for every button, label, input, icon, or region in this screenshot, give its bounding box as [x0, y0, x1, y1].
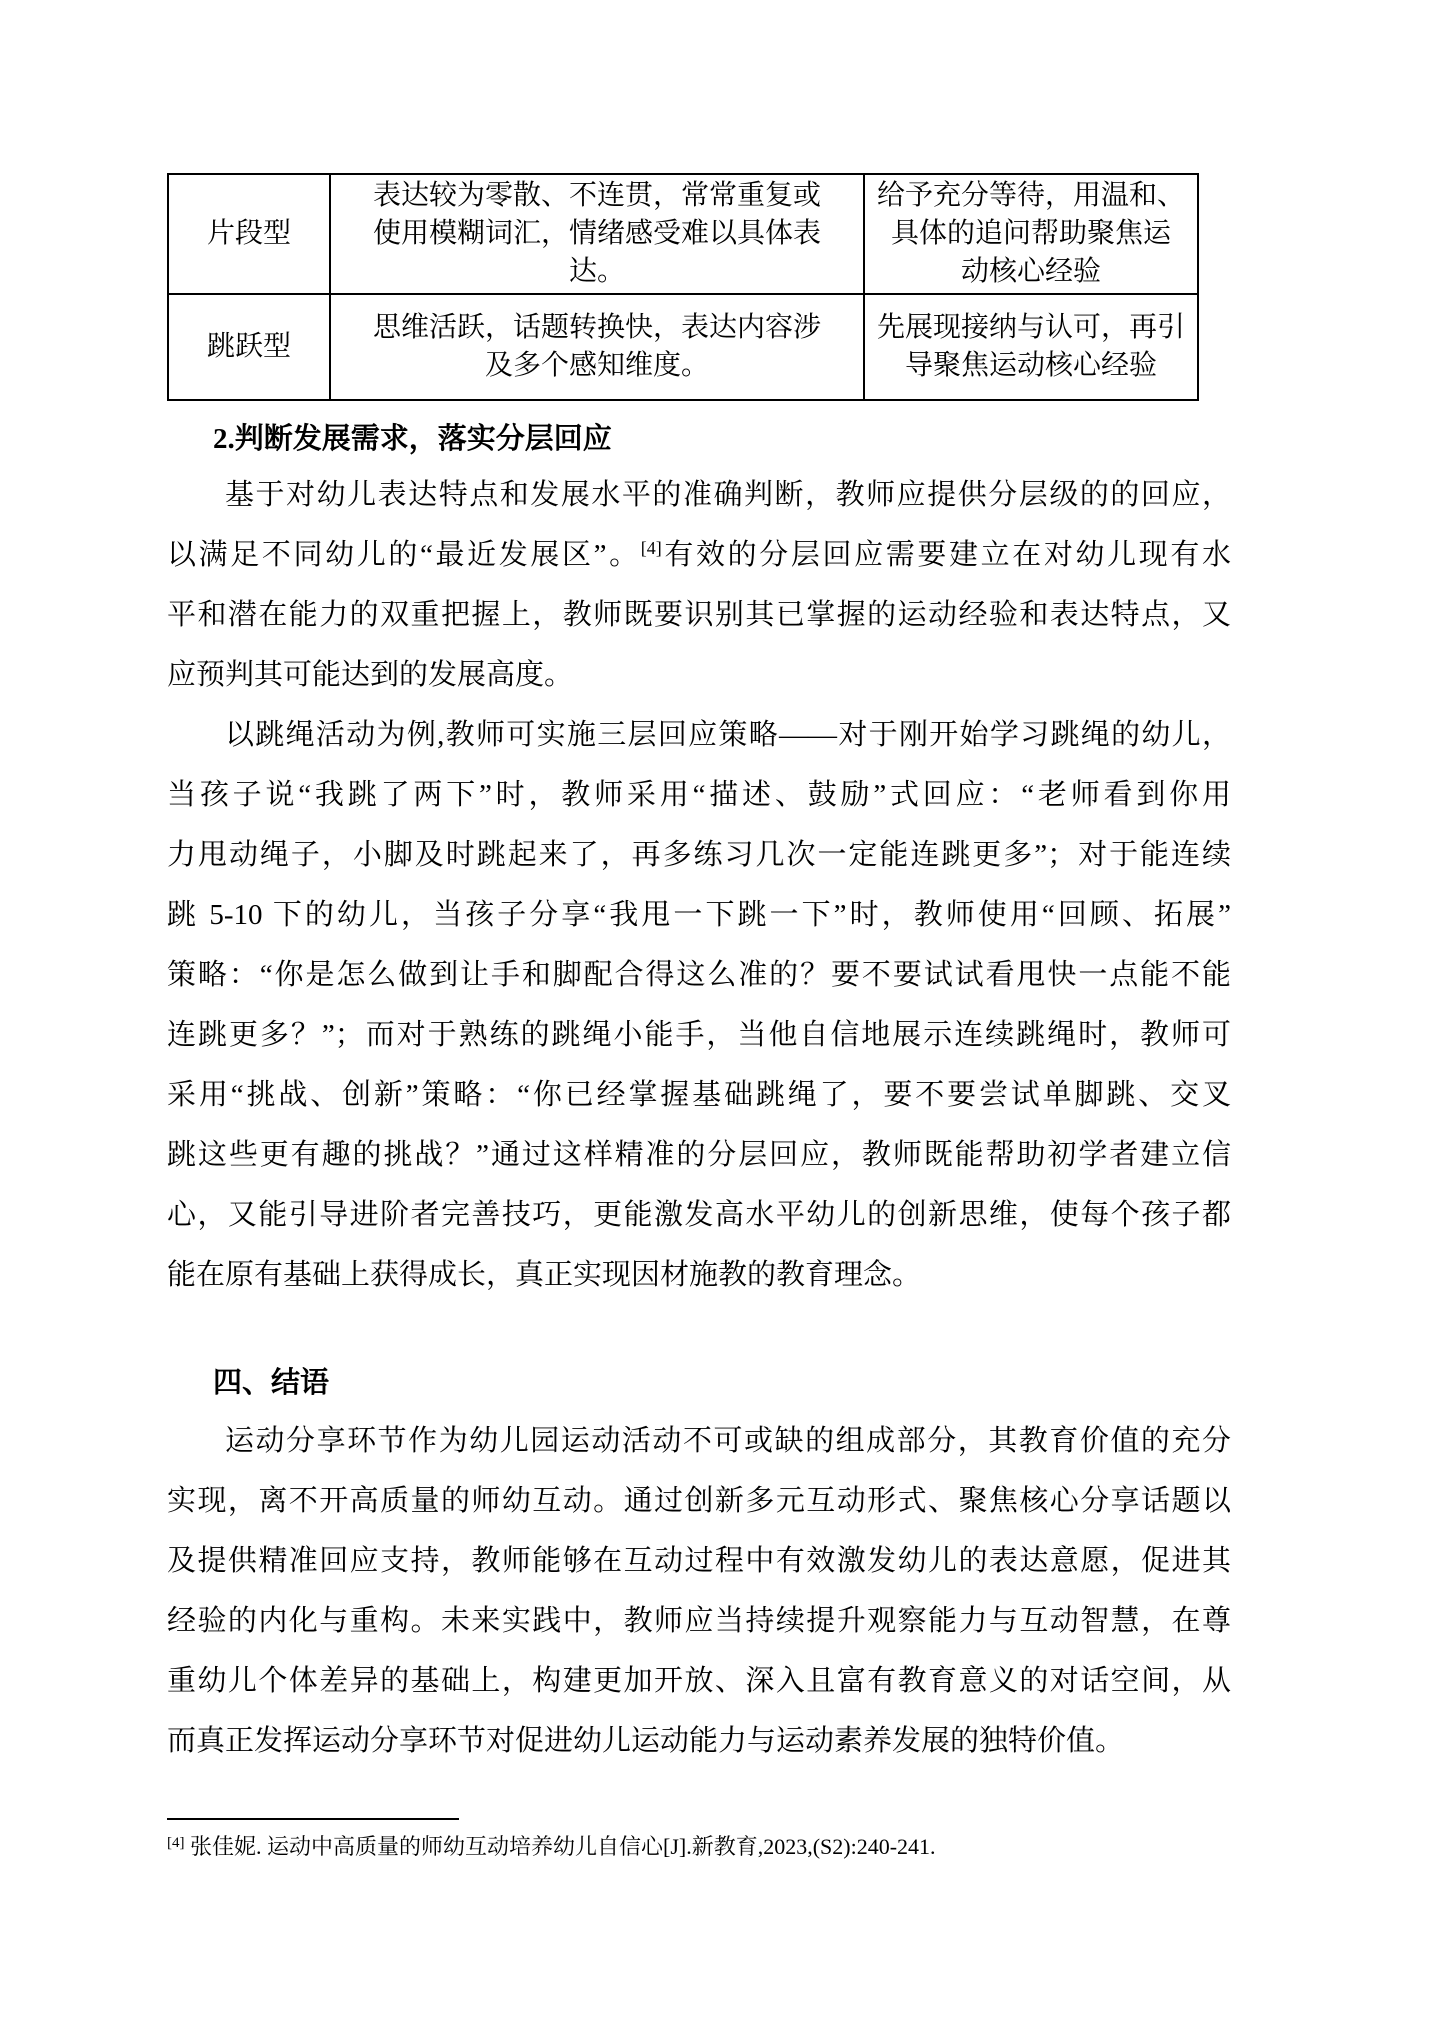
table-row: 跳跃型 思维活跃，话题转换快，表达内容涉 及多个感知维度。 先展现接纳与认可，再… [168, 294, 1198, 400]
document-page: 片段型 表达较为零散、不连贯，常常重复或 使用模糊词汇，情绪感受难以具体表 达。… [0, 0, 1438, 2034]
text-line: 能在原有基础上获得成长，真正实现因材施教的教育理念。 [167, 1245, 1231, 1305]
footnote-area: [4] 张佳妮. 运动中高质量的师幼互动培养幼儿自信心[J].新教育,2023,… [167, 1818, 1231, 1862]
footnote-marker: [4] [167, 1835, 185, 1851]
text-line: 力甩动绳子，小脚及时跳起来了，再多练习几次一定能连跳更多”；对于能连续 [167, 825, 1231, 885]
footnote: [4] 张佳妮. 运动中高质量的师幼互动培养幼儿自信心[J].新教育,2023,… [167, 1832, 1231, 1862]
inline-citation-4: [4] [641, 538, 662, 558]
text-line: 运动分享环节作为幼儿园运动活动不可或缺的组成部分，其教育价值的充分 [167, 1411, 1231, 1471]
paragraph-conclusion: 运动分享环节作为幼儿园运动活动不可或缺的组成部分，其教育价值的充分 实现，离不开… [167, 1411, 1231, 1771]
expression-type-table: 片段型 表达较为零散、不连贯，常常重复或 使用模糊词汇，情绪感受难以具体表 达。… [167, 173, 1199, 401]
footnote-separator [167, 1818, 459, 1820]
text-line: 使用模糊词汇，情绪感受难以具体表 [337, 215, 857, 253]
paragraph-layered-response-1: 基于对幼儿表达特点和发展水平的准确判断，教师应提供分层级的的回应， 以满足不同幼… [167, 465, 1231, 705]
text-line: 动核心经验 [871, 253, 1191, 291]
text-line: 先展现接纳与认可，再引 [871, 309, 1191, 347]
text-line: 当孩子说“我跳了两下”时，教师采用“描述、鼓励”式回应：“老师看到你用 [167, 765, 1231, 825]
text-line: 策略：“你是怎么做到让手和脚配合得这么准的？要不要试试看甩快一点能不能 [167, 945, 1231, 1005]
page-content: 片段型 表达较为零散、不连贯，常常重复或 使用模糊词汇，情绪感受难以具体表 达。… [167, 173, 1231, 1771]
type-label: 跳跃型 [175, 328, 323, 366]
text-line: 达。 [337, 253, 857, 291]
cell-features: 思维活跃，话题转换快，表达内容涉 及多个感知维度。 [330, 294, 864, 400]
text-line: 及多个感知维度。 [337, 347, 857, 385]
cell-type: 跳跃型 [168, 294, 330, 400]
section-heading-layered-response: 2.判断发展需求，落实分层回应 [167, 417, 1231, 461]
text-line: 以满足不同幼儿的“最近发展区”。[4]有效的分层回应需要建立在对幼儿现有水 [167, 525, 1231, 585]
text-line: 心，又能引导进阶者完善技巧，更能激发高水平幼儿的创新思维，使每个孩子都 [167, 1185, 1231, 1245]
text-line: 导聚焦运动核心经验 [871, 347, 1191, 385]
cell-type: 片段型 [168, 174, 330, 294]
cell-strategy: 先展现接纳与认可，再引 导聚焦运动核心经验 [864, 294, 1198, 400]
text-segment: 以满足不同幼儿的“最近发展区”。 [167, 539, 641, 571]
cell-strategy: 给予充分等待，用温和、 具体的追问帮助聚焦运 动核心经验 [864, 174, 1198, 294]
table-row: 片段型 表达较为零散、不连贯，常常重复或 使用模糊词汇，情绪感受难以具体表 达。… [168, 174, 1198, 294]
type-label: 片段型 [175, 215, 323, 253]
footnote-text: 张佳妮. 运动中高质量的师幼互动培养幼儿自信心[J].新教育,2023,(S2)… [185, 1834, 936, 1859]
text-line: 表达较为零散、不连贯，常常重复或 [337, 177, 857, 215]
text-line: 连跳更多？”；而对于熟练的跳绳小能手，当他自信地展示连续跳绳时，教师可 [167, 1005, 1231, 1065]
paragraph-layered-response-2: 以跳绳活动为例,教师可实施三层回应策略——对于刚开始学习跳绳的幼儿， 当孩子说“… [167, 705, 1231, 1305]
text-line: 具体的追问帮助聚焦运 [871, 215, 1191, 253]
text-line: 而真正发挥运动分享环节对促进幼儿运动能力与运动素养发展的独特价值。 [167, 1711, 1231, 1771]
text-line: 重幼儿个体差异的基础上，构建更加开放、深入且富有教育意义的对话空间，从 [167, 1651, 1231, 1711]
text-line: 基于对幼儿表达特点和发展水平的准确判断，教师应提供分层级的的回应， [167, 465, 1231, 525]
text-segment: 有效的分层回应需要建立在对幼儿现有水 [662, 539, 1231, 571]
text-line: 应预判其可能达到的发展高度。 [167, 645, 1231, 705]
text-line: 思维活跃，话题转换快，表达内容涉 [337, 309, 857, 347]
text-line: 跳这些更有趣的挑战？”通过这样精准的分层回应，教师既能帮助初学者建立信 [167, 1125, 1231, 1185]
text-line: 及提供精准回应支持，教师能够在互动过程中有效激发幼儿的表达意愿，促进其 [167, 1531, 1231, 1591]
text-line: 平和潜在能力的双重把握上，教师既要识别其已掌握的运动经验和表达特点，又 [167, 585, 1231, 645]
text-line: 给予充分等待，用温和、 [871, 177, 1191, 215]
text-line: 实现，离不开高质量的师幼互动。通过创新多元互动形式、聚焦核心分享话题以 [167, 1471, 1231, 1531]
text-line: 跳 5-10 下的幼儿，当孩子分享“我甩一下跳一下”时，教师使用“回顾、拓展” [167, 885, 1231, 945]
text-line: 经验的内化与重构。未来实践中，教师应当持续提升观察能力与互动智慧，在尊 [167, 1591, 1231, 1651]
text-line: 采用“挑战、创新”策略：“你已经掌握基础跳绳了，要不要尝试单脚跳、交叉 [167, 1065, 1231, 1125]
section-heading-conclusion: 四、结语 [167, 1361, 1231, 1405]
text-line: 以跳绳活动为例,教师可实施三层回应策略——对于刚开始学习跳绳的幼儿， [167, 705, 1231, 765]
cell-features: 表达较为零散、不连贯，常常重复或 使用模糊词汇，情绪感受难以具体表 达。 [330, 174, 864, 294]
